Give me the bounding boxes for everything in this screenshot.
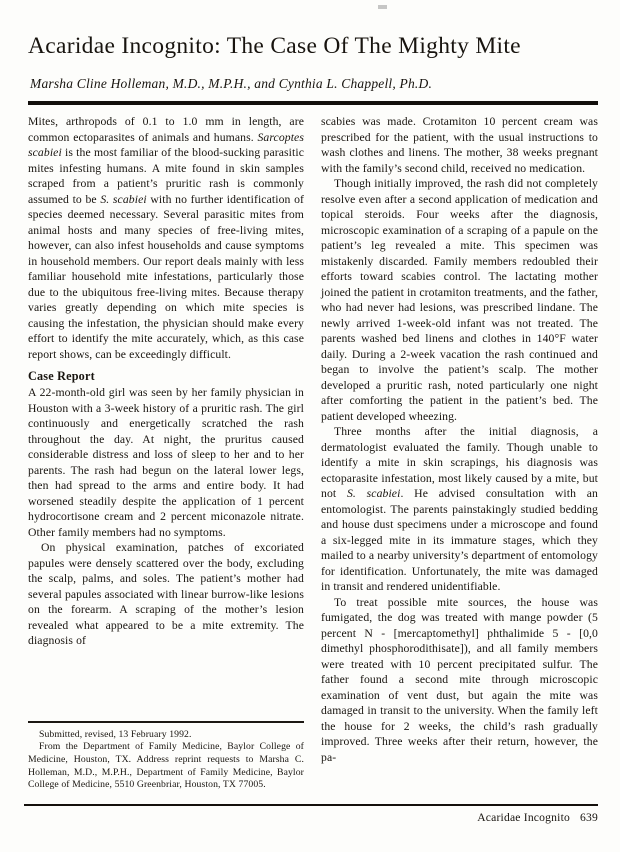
right-paragraph-3: Three months after the initial diagnosis…: [321, 424, 598, 595]
right-paragraph-4: To treat possible mite sources, the hous…: [321, 595, 598, 766]
right-paragraph-1: scabies was made. Crotamiton 10 percent …: [321, 114, 598, 176]
footnote-block: Submitted, revised, 13 February 1992. Fr…: [28, 721, 304, 792]
footnote-affiliation: From the Department of Family Medicine, …: [28, 741, 304, 792]
left-column: Mites, arthropods of 0.1 to 1.0 mm in le…: [28, 114, 304, 765]
footer-running-title: Acaridae Incognito: [477, 811, 570, 824]
article-body: Mites, arthropods of 0.1 to 1.0 mm in le…: [28, 114, 598, 765]
intro-paragraph: Mites, arthropods of 0.1 to 1.0 mm in le…: [28, 114, 304, 362]
article-title: Acaridae Incognito: The Case Of The Migh…: [28, 33, 521, 60]
footer-page-number: 639: [580, 811, 598, 824]
page-footer: Acaridae Incognito639: [477, 811, 598, 824]
footnote-rule: [28, 721, 304, 723]
case-report-heading: Case Report: [28, 369, 304, 384]
article-authors: Marsha Cline Holleman, M.D., M.P.H., and…: [30, 76, 432, 92]
journal-page: Acaridae Incognito: The Case Of The Migh…: [0, 0, 620, 852]
right-paragraph-2: Though initially improved, the rash did …: [321, 176, 598, 424]
footnote-submitted-line: Submitted, revised, 13 February 1992.: [28, 729, 304, 742]
scan-artifact-mark: [378, 5, 387, 9]
footer-rule: [24, 804, 598, 806]
title-divider-rule: [28, 101, 598, 105]
case-report-paragraph-1: A 22-month-old girl was seen by her fami…: [28, 385, 304, 540]
case-report-paragraph-2: On physical examination, patches of exco…: [28, 540, 304, 649]
right-column: scabies was made. Crotamiton 10 percent …: [321, 114, 598, 765]
